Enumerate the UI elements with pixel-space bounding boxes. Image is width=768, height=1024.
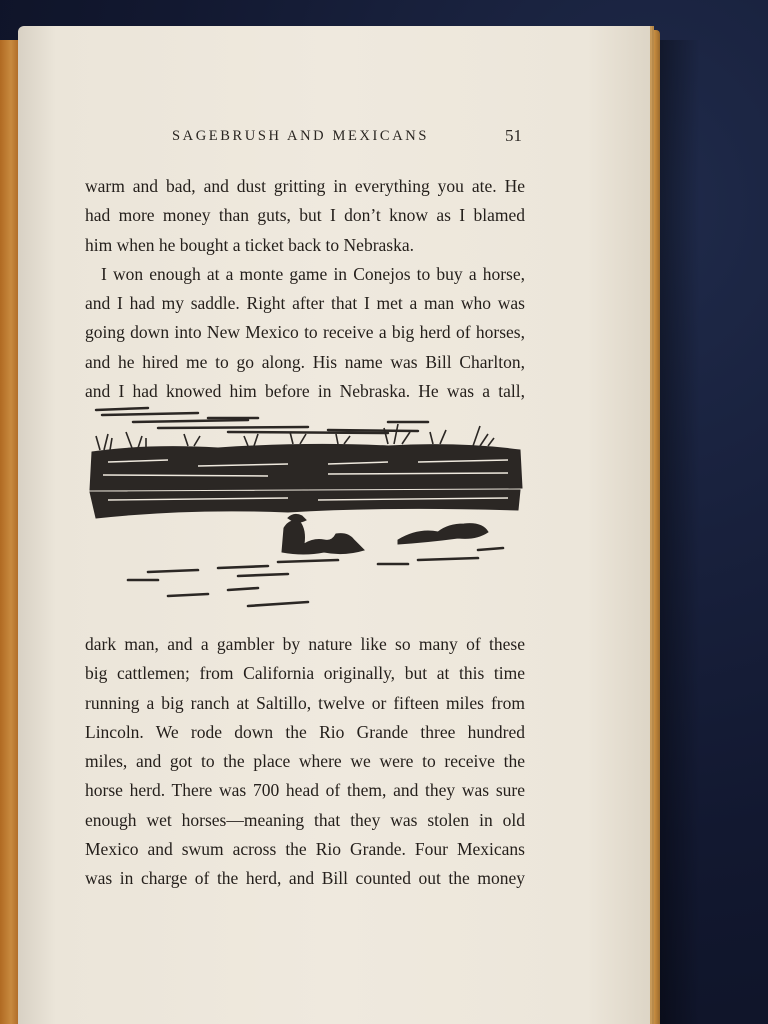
- text-line: miles, and got to the place where we wer…: [85, 747, 525, 776]
- text-line: going down into New Mexico to receive a …: [85, 318, 525, 347]
- text-line: was in charge of the herd, and Bill coun…: [85, 864, 525, 893]
- text-line: Lincoln. We rode down the Rio Grande thr…: [85, 718, 525, 747]
- text-block-top: warm and bad, and dust gritting in every…: [85, 172, 525, 406]
- text-line: and he hired me to go along. His name wa…: [85, 348, 525, 377]
- text-line: and I had my saddle. Right after that I …: [85, 289, 525, 318]
- text-block-bottom: dark man, and a gambler by nature like s…: [85, 630, 525, 894]
- text-line: I won enough at a monte game in Conejos …: [85, 260, 525, 289]
- text-line: running a big ranch at Saltillo, twelve …: [85, 689, 525, 718]
- text-line: Mexico and swum across the Rio Grande. F…: [85, 835, 525, 864]
- text-line: horse herd. There was 700 head of them, …: [85, 776, 525, 805]
- text-line: had more money than guts, but I don’t kn…: [85, 201, 525, 230]
- running-title: SAGEBRUSH AND MEXICANS: [172, 128, 429, 145]
- text-line: big cattlemen; from California originall…: [85, 659, 525, 688]
- text-line: him when he bought a ticket back to Nebr…: [85, 231, 525, 260]
- text-line: enough wet horses—meaning that they was …: [85, 806, 525, 835]
- page-header: SAGEBRUSH AND MEXICANS 51: [172, 128, 522, 148]
- text-line: dark man, and a gambler by nature like s…: [85, 630, 525, 659]
- text-line: warm and bad, and dust gritting in every…: [85, 172, 525, 201]
- river-crossing-illustration: [88, 400, 528, 610]
- page-number: 51: [505, 126, 522, 146]
